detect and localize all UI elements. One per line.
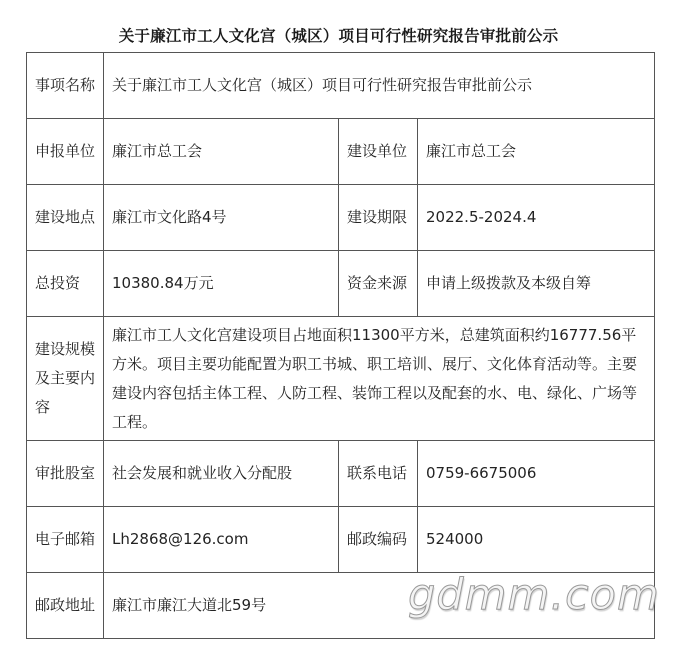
value-period: 2022.5-2024.4: [418, 185, 655, 251]
label-phone: 联系电话: [339, 441, 418, 507]
table-row-investment: 总投资 10380.84万元 资金来源 申请上级拨款及本级自筹: [27, 251, 655, 317]
table-row-scope: 建设规模及主要内容 廉江市工人文化宫建设项目占地面积11300平方米，总建筑面积…: [27, 317, 655, 441]
label-address: 邮政地址: [27, 573, 104, 639]
label-item-name: 事项名称: [27, 53, 104, 119]
label-location: 建设地点: [27, 185, 104, 251]
label-funding-source: 资金来源: [339, 251, 418, 317]
value-applicant: 廉江市总工会: [104, 119, 339, 185]
document-title: 关于廉江市工人文化宫（城区）项目可行性研究报告审批前公示: [0, 25, 677, 47]
label-postcode: 邮政编码: [339, 507, 418, 573]
value-email: Lh2868@126.com: [104, 507, 339, 573]
label-email: 电子邮箱: [27, 507, 104, 573]
project-info-table: 事项名称 关于廉江市工人文化宫（城区）项目可行性研究报告审批前公示 申报单位 廉…: [26, 52, 655, 639]
table-row-department: 审批股室 社会发展和就业收入分配股 联系电话 0759-6675006: [27, 441, 655, 507]
value-builder: 廉江市总工会: [418, 119, 655, 185]
label-total-investment: 总投资: [27, 251, 104, 317]
value-item-name: 关于廉江市工人文化宫（城区）项目可行性研究报告审批前公示: [104, 53, 655, 119]
table-row-item-name: 事项名称 关于廉江市工人文化宫（城区）项目可行性研究报告审批前公示: [27, 53, 655, 119]
table-row-email: 电子邮箱 Lh2868@126.com 邮政编码 524000: [27, 507, 655, 573]
value-total-investment: 10380.84万元: [104, 251, 339, 317]
value-address: 廉江市廉江大道北59号: [104, 573, 655, 639]
value-phone: 0759-6675006: [418, 441, 655, 507]
table-row-applicant: 申报单位 廉江市总工会 建设单位 廉江市总工会: [27, 119, 655, 185]
value-location: 廉江市文化路4号: [104, 185, 339, 251]
label-builder: 建设单位: [339, 119, 418, 185]
label-scope: 建设规模及主要内容: [27, 317, 104, 441]
label-period: 建设期限: [339, 185, 418, 251]
value-scope: 廉江市工人文化宫建设项目占地面积11300平方米，总建筑面积约16777.56平…: [104, 317, 655, 441]
label-applicant: 申报单位: [27, 119, 104, 185]
value-funding-source: 申请上级拨款及本级自筹: [418, 251, 655, 317]
table-row-address: 邮政地址 廉江市廉江大道北59号: [27, 573, 655, 639]
label-department: 审批股室: [27, 441, 104, 507]
value-department: 社会发展和就业收入分配股: [104, 441, 339, 507]
value-postcode: 524000: [418, 507, 655, 573]
table-row-location: 建设地点 廉江市文化路4号 建设期限 2022.5-2024.4: [27, 185, 655, 251]
